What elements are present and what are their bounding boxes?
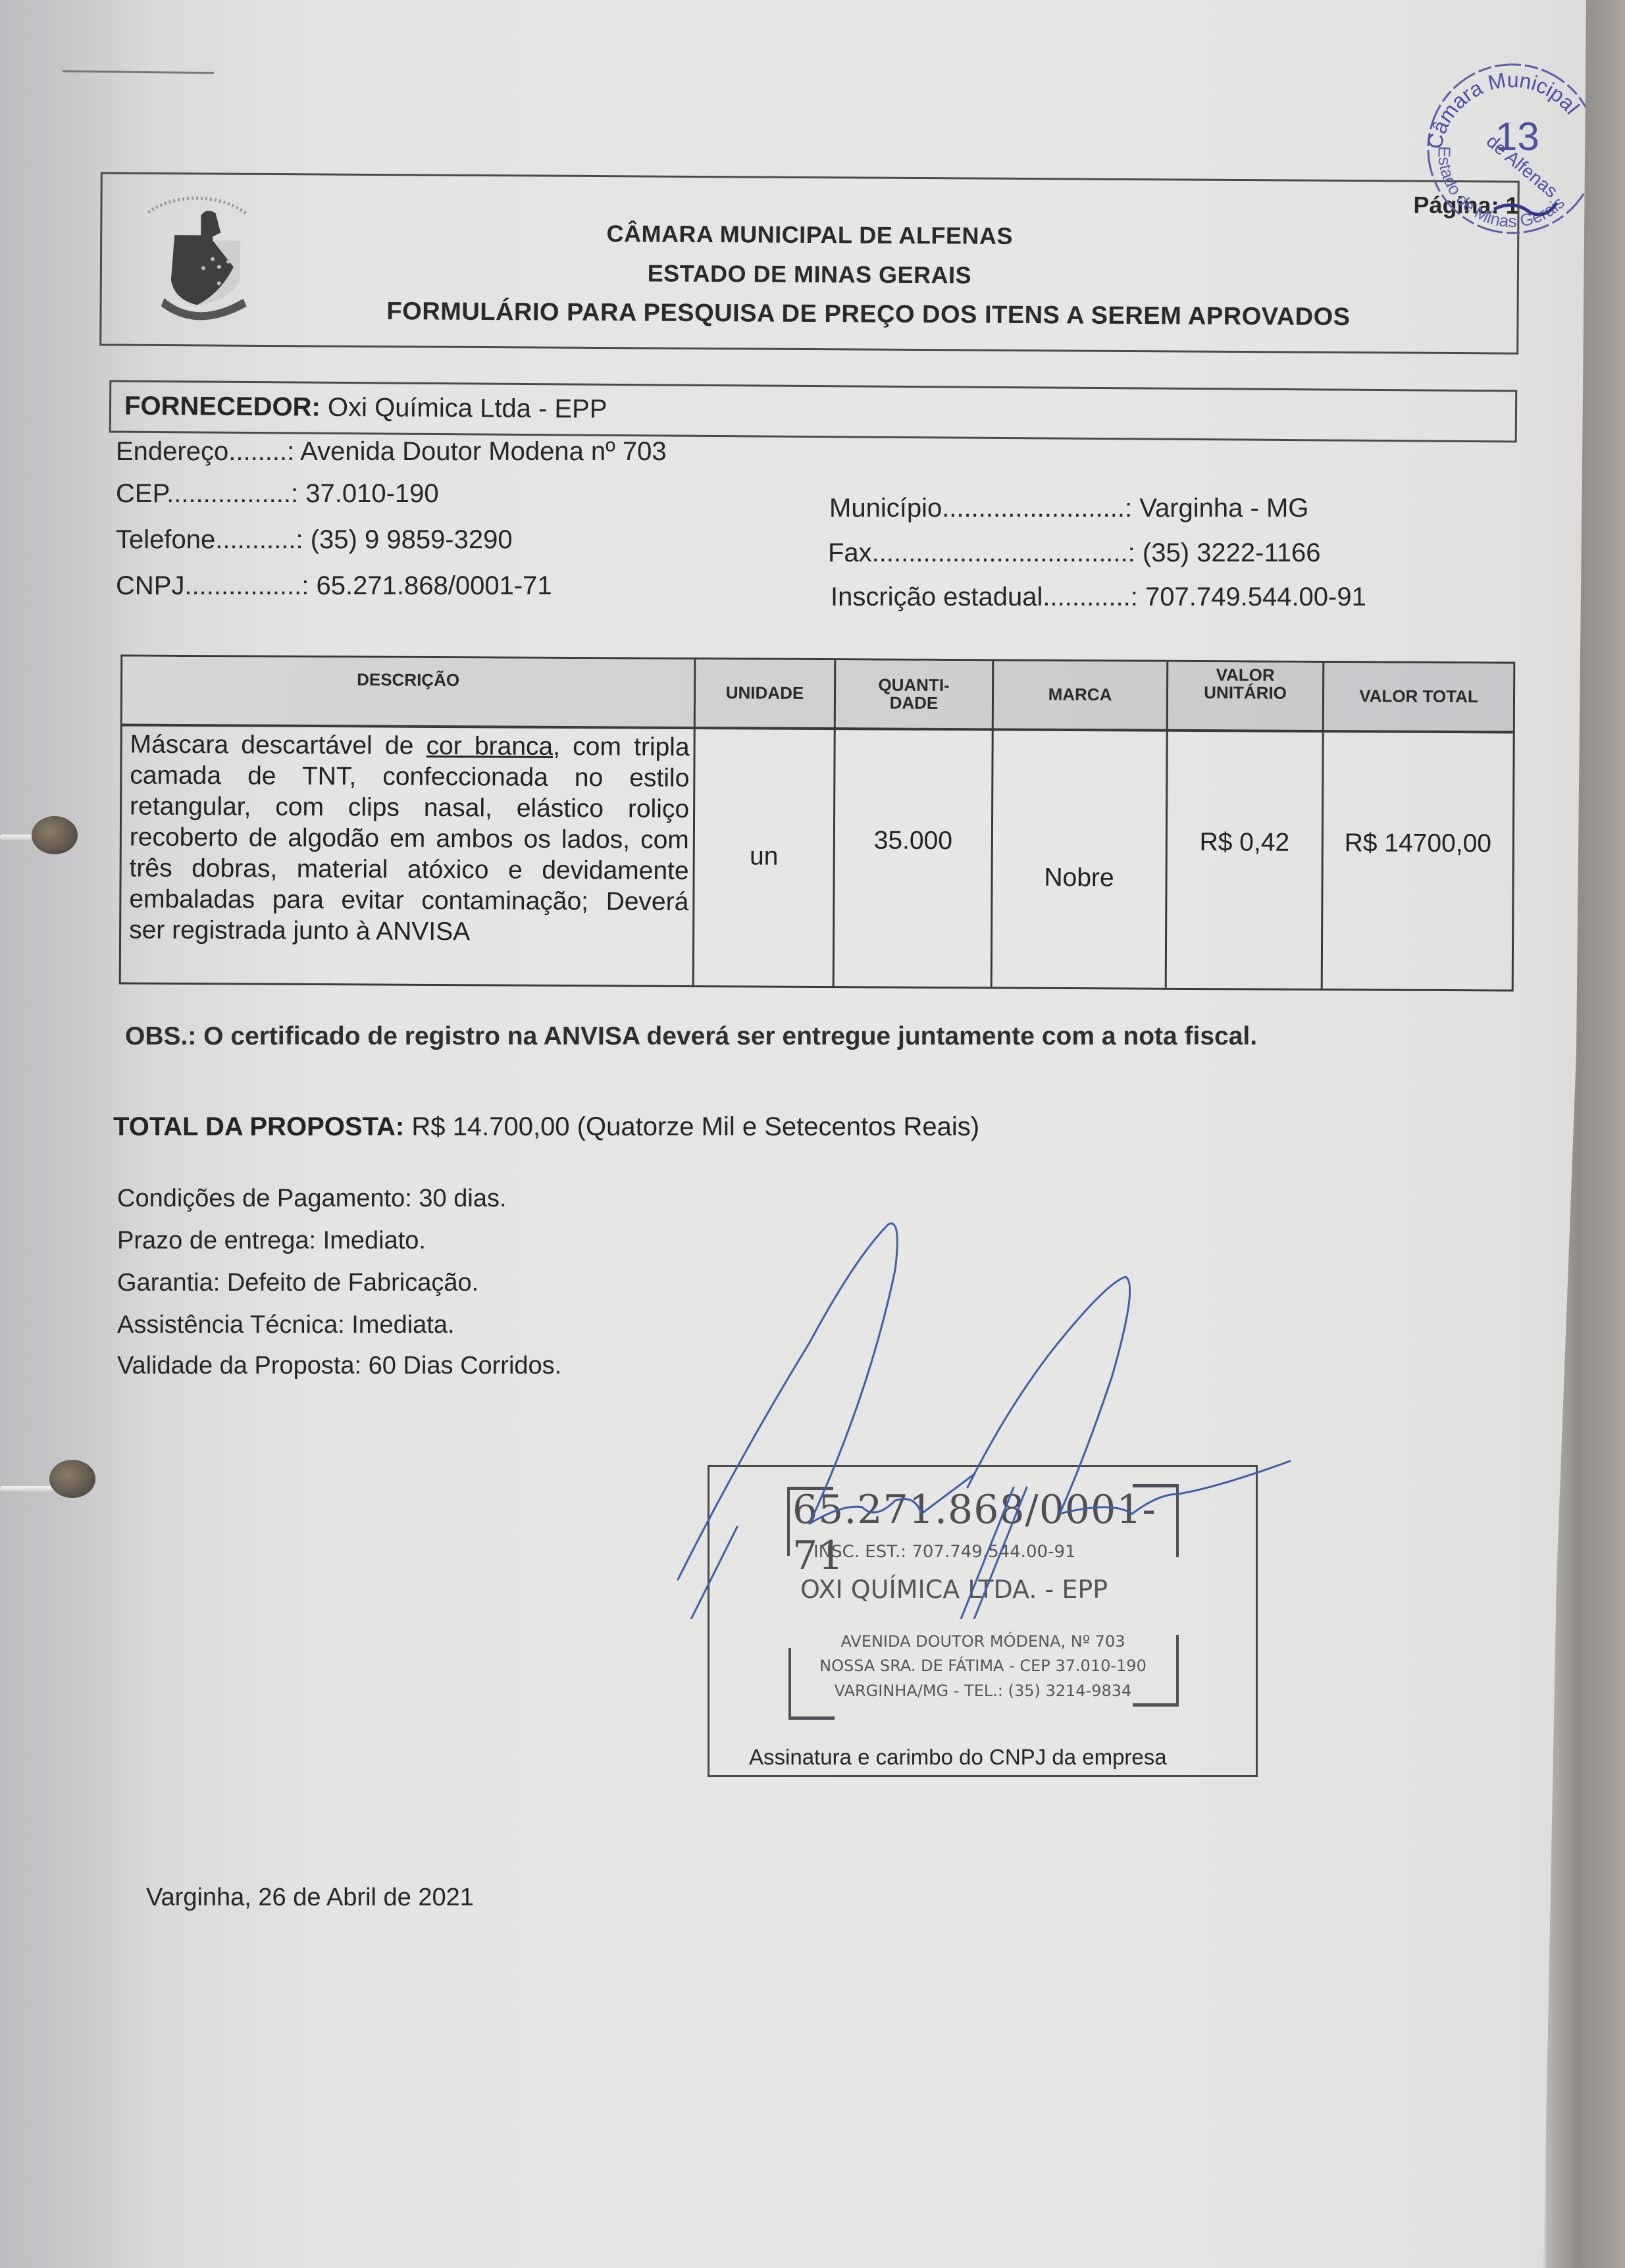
handwritten-page-number: 13 xyxy=(1495,115,1539,159)
stamp-address-line: VARGINHA/MG - TEL.: (35) 3214-9834 xyxy=(787,1682,1179,1700)
items-table: DESCRIÇÃO UNIDADE QUANTI- DADE MARCA VAL… xyxy=(119,654,1516,991)
binder-hole xyxy=(32,816,78,854)
state-registration-field: Inscrição estadual............: 707.749.… xyxy=(831,582,1366,612)
cep-field: CEP.................: 37.010-190 xyxy=(116,479,439,509)
description-text: Máscara descartável de xyxy=(130,731,426,760)
supplier-box: FORNECEDOR: Oxi Química Ltda - EPP xyxy=(109,380,1518,443)
council-page-stamp: Câmara Municipal de Alfenas 13 Estado de… xyxy=(1415,51,1606,242)
phone-field: Telefone...........: (35) 9 9859-3290 xyxy=(116,525,513,555)
stamp-address-line: NOSSA SRA. DE FÁTIMA - CEP 37.010-190 xyxy=(787,1657,1179,1675)
payment-terms: Condições de Pagamento: 30 dias. xyxy=(117,1185,507,1213)
field-value: (35) 3222-1166 xyxy=(1143,538,1321,567)
field-label: Endereço........: xyxy=(116,437,294,466)
proposal-total: TOTAL DA PROPOSTA: R$ 14.700,00 (Quatorz… xyxy=(113,1112,979,1142)
field-value: 37.010-190 xyxy=(305,479,438,508)
field-label: Município.........................: xyxy=(829,494,1132,523)
field-value: 65.271.868/0001-71 xyxy=(317,571,552,600)
field-value: 707.749.544.00-91 xyxy=(1145,582,1366,611)
field-label: Telefone...........: xyxy=(116,525,303,554)
observation-note: OBS.: O certificado de registro na ANVIS… xyxy=(125,1022,1257,1051)
fax-field: Fax...................................: … xyxy=(828,538,1320,568)
address-field: Endereço........: Avenida Doutor Modena … xyxy=(116,437,667,467)
warranty-terms: Garantia: Defeito de Fabricação. xyxy=(117,1269,478,1297)
supplier-heading: FORNECEDOR: Oxi Química Ltda - EPP xyxy=(124,392,607,425)
item-total-price: R$ 14700,00 xyxy=(1323,716,1513,970)
field-label: Fax...................................: xyxy=(828,538,1135,567)
supplier-name: Oxi Química Ltda - EPP xyxy=(328,393,607,424)
field-label: Inscrição estadual............: xyxy=(831,582,1138,611)
field-value: Avenida Doutor Modena nº 703 xyxy=(300,437,666,466)
signature-caption: Assinatura e carimbo do CNPJ da empresa xyxy=(749,1745,1167,1770)
state-name: ESTADO DE MINAS GERAIS xyxy=(102,256,1517,292)
document-page: CÂMARA MUNICIPAL DE ALFENAS ESTADO DE MI… xyxy=(0,0,1593,2268)
institution-name: CÂMARA MUNICIPAL DE ALFENAS xyxy=(102,217,1517,253)
handwritten-signature xyxy=(658,1211,1448,1619)
total-label: TOTAL DA PROPOSTA: xyxy=(113,1112,404,1141)
item-unit-price: R$ 0,42 xyxy=(1167,715,1322,969)
item-unit: un xyxy=(694,729,834,983)
field-label: CNPJ................: xyxy=(116,571,309,600)
stray-mark xyxy=(63,70,214,74)
delivery-terms: Prazo de entrega: Imediato. xyxy=(117,1227,426,1255)
total-value: R$ 14.700,00 (Quatorze Mil e Setecentos … xyxy=(411,1112,979,1141)
column-header-marca: MARCA xyxy=(994,661,1167,729)
form-title: FORMULÁRIO PARA PESQUISA DE PREÇO DOS IT… xyxy=(161,296,1576,333)
field-label: CEP.................: xyxy=(116,479,298,508)
form-header: CÂMARA MUNICIPAL DE ALFENAS ESTADO DE MI… xyxy=(99,172,1520,354)
stamp-address-line: AVENIDA DOUTOR MÓDENA, Nº 703 xyxy=(787,1632,1179,1651)
field-value: (35) 9 9859-3290 xyxy=(311,525,513,554)
cnpj-field: CNPJ................: 65.271.868/0001-71 xyxy=(116,571,552,601)
binder-hole xyxy=(49,1460,95,1498)
field-value: Varginha - MG xyxy=(1139,494,1308,523)
item-description: Máscara descartável de cor branca, com t… xyxy=(129,727,690,985)
place-and-date: Varginha, 26 de Abril de 2021 xyxy=(146,1884,474,1912)
item-quantity: 35.000 xyxy=(835,713,992,967)
column-header-unidade: UNIDADE xyxy=(696,659,835,727)
municipality-field: Município.........................: Varg… xyxy=(829,494,1308,523)
description-underlined-text: cor branca xyxy=(426,732,553,761)
proposal-validity: Validade da Proposta: 60 Dias Corridos. xyxy=(117,1352,561,1380)
item-brand: Nobre xyxy=(993,750,1166,1004)
supplier-label: FORNECEDOR: xyxy=(124,392,321,422)
technical-assistance-terms: Assistência Técnica: Imediata. xyxy=(117,1311,455,1339)
description-text: , com tripla camada de TNT, confeccionad… xyxy=(129,733,690,946)
